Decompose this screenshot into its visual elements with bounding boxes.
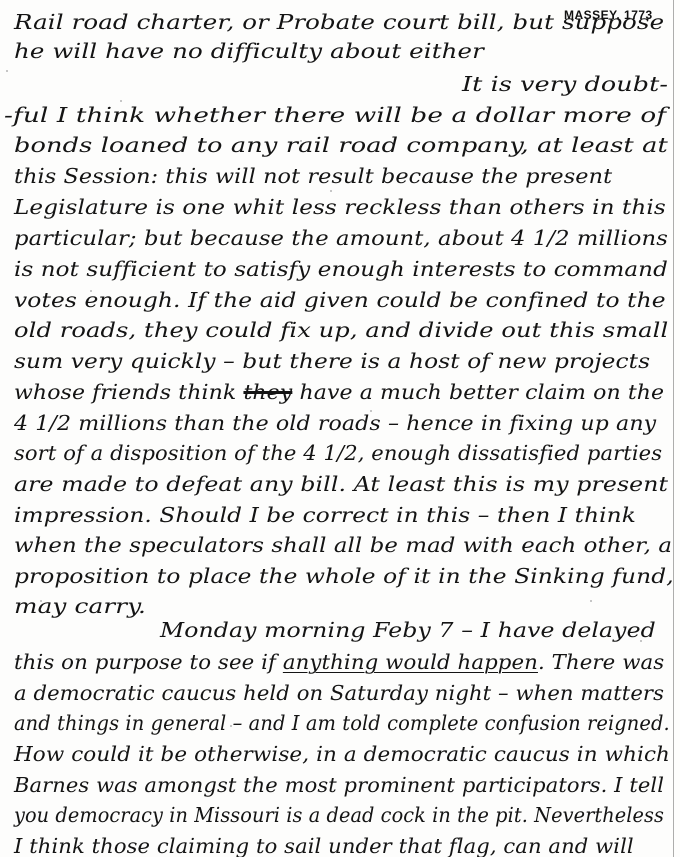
underlined-phrase: anything would happen bbox=[283, 650, 538, 674]
line-text: old roads, they could fix up, and divide… bbox=[14, 318, 668, 342]
paper-speck bbox=[420, 580, 422, 582]
paper-speck bbox=[212, 268, 214, 270]
handwritten-line: Legislature is one whit less reckless th… bbox=[14, 195, 666, 219]
manuscript-page: MASSEY. 1773 Rail road charter, or Proba… bbox=[0, 0, 680, 857]
handwritten-line: he will have no difficulty about either bbox=[14, 39, 484, 63]
handwritten-line: I think those claiming to sail under tha… bbox=[14, 834, 634, 857]
paper-speck bbox=[230, 725, 232, 727]
handwritten-line: How could it be otherwise, in a democrat… bbox=[14, 742, 670, 766]
handwritten-line: whose friends think they have a much bet… bbox=[14, 380, 664, 404]
handwritten-line: sum very quickly – but there is a host o… bbox=[14, 349, 650, 373]
line-text: a democratic caucus held on Saturday nig… bbox=[14, 681, 664, 705]
handwritten-line: impression. Should I be correct in this … bbox=[14, 503, 636, 527]
line-text: this on purpose to see if bbox=[14, 650, 283, 674]
line-text: you democracy in Missouri is a dead cock… bbox=[14, 803, 664, 827]
handwritten-line: and things in general – and I am told co… bbox=[14, 711, 670, 735]
line-text: Monday morning Feby 7 – I have delayed bbox=[160, 618, 656, 642]
handwritten-line: bonds loaned to any rail road company, a… bbox=[14, 133, 668, 157]
handwritten-line: may carry. bbox=[14, 594, 146, 618]
line-text: I think those claiming to sail under tha… bbox=[14, 834, 634, 857]
line-text: Barnes was amongst the most prominent pa… bbox=[14, 773, 664, 797]
line-text: are made to defeat any bill. At least th… bbox=[14, 472, 668, 496]
line-text: sum very quickly – but there is a host o… bbox=[14, 349, 650, 373]
line-text: he will have no difficulty about either bbox=[14, 39, 484, 63]
handwritten-line: It is very doubt- bbox=[462, 72, 668, 96]
line-text: . There was bbox=[538, 650, 664, 674]
handwritten-line: when the speculators shall all be mad wi… bbox=[14, 533, 672, 557]
line-text: and things in general – and I am told co… bbox=[14, 711, 670, 735]
paper-speck bbox=[120, 100, 122, 102]
line-text: -ful I think whether there will be a dol… bbox=[4, 103, 666, 127]
handwritten-line: particular; but because the amount, abou… bbox=[14, 226, 668, 250]
line-text: Rail road charter, or Probate court bill… bbox=[14, 10, 664, 34]
handwritten-line: you democracy in Missouri is a dead cock… bbox=[14, 803, 664, 827]
paper-speck bbox=[370, 410, 372, 412]
line-text: impression. Should I be correct in this … bbox=[14, 503, 636, 527]
handwritten-line: a democratic caucus held on Saturday nig… bbox=[14, 681, 664, 705]
handwritten-line: this Session: this will not result becau… bbox=[14, 164, 612, 188]
handwritten-line: are made to defeat any bill. At least th… bbox=[14, 472, 668, 496]
line-text: sort of a disposition of the 4 1/2, enou… bbox=[14, 441, 662, 465]
line-text: votes enough. If the aid given could be … bbox=[14, 288, 666, 312]
handwritten-line: Rail road charter, or Probate court bill… bbox=[14, 10, 664, 34]
paper-speck bbox=[590, 600, 592, 602]
handwritten-line: proposition to place the whole of it in … bbox=[14, 564, 674, 588]
line-text: proposition to place the whole of it in … bbox=[14, 564, 674, 588]
paper-speck bbox=[90, 290, 92, 292]
line-text: It is very doubt- bbox=[462, 72, 668, 96]
line-text: bonds loaned to any rail road company, a… bbox=[14, 133, 668, 157]
paper-speck bbox=[6, 70, 8, 72]
line-text: particular; but because the amount, abou… bbox=[14, 226, 668, 250]
line-text: may carry. bbox=[14, 594, 146, 618]
line-text: have a much better claim on the bbox=[292, 380, 664, 404]
struck-word: they bbox=[243, 380, 292, 404]
handwritten-line: sort of a disposition of the 4 1/2, enou… bbox=[14, 441, 662, 465]
paper-speck bbox=[40, 600, 42, 602]
handwritten-line: -ful I think whether there will be a dol… bbox=[4, 103, 666, 127]
handwritten-line: Monday morning Feby 7 – I have delayed bbox=[160, 618, 656, 642]
line-text: 4 1/2 millions than the old roads – henc… bbox=[14, 411, 656, 435]
paper-speck bbox=[640, 640, 642, 642]
paper-speck bbox=[330, 190, 332, 192]
line-text: is not sufficient to satisfy enough inte… bbox=[14, 257, 668, 281]
line-text: Legislature is one whit less reckless th… bbox=[14, 195, 666, 219]
handwritten-line: votes enough. If the aid given could be … bbox=[14, 288, 666, 312]
line-text: How could it be otherwise, in a democrat… bbox=[14, 742, 670, 766]
page-edge-rule bbox=[673, 0, 674, 857]
line-text: whose friends think bbox=[14, 380, 243, 404]
paper-speck bbox=[300, 140, 302, 142]
handwritten-line: is not sufficient to satisfy enough inte… bbox=[14, 257, 668, 281]
line-text: this Session: this will not result becau… bbox=[14, 164, 612, 188]
line-text: when the speculators shall all be mad wi… bbox=[14, 533, 672, 557]
handwritten-line: 4 1/2 millions than the old roads – henc… bbox=[14, 411, 656, 435]
handwritten-line: Barnes was amongst the most prominent pa… bbox=[14, 773, 664, 797]
handwritten-line: this on purpose to see if anything would… bbox=[14, 650, 664, 674]
handwritten-line: old roads, they could fix up, and divide… bbox=[14, 318, 668, 342]
